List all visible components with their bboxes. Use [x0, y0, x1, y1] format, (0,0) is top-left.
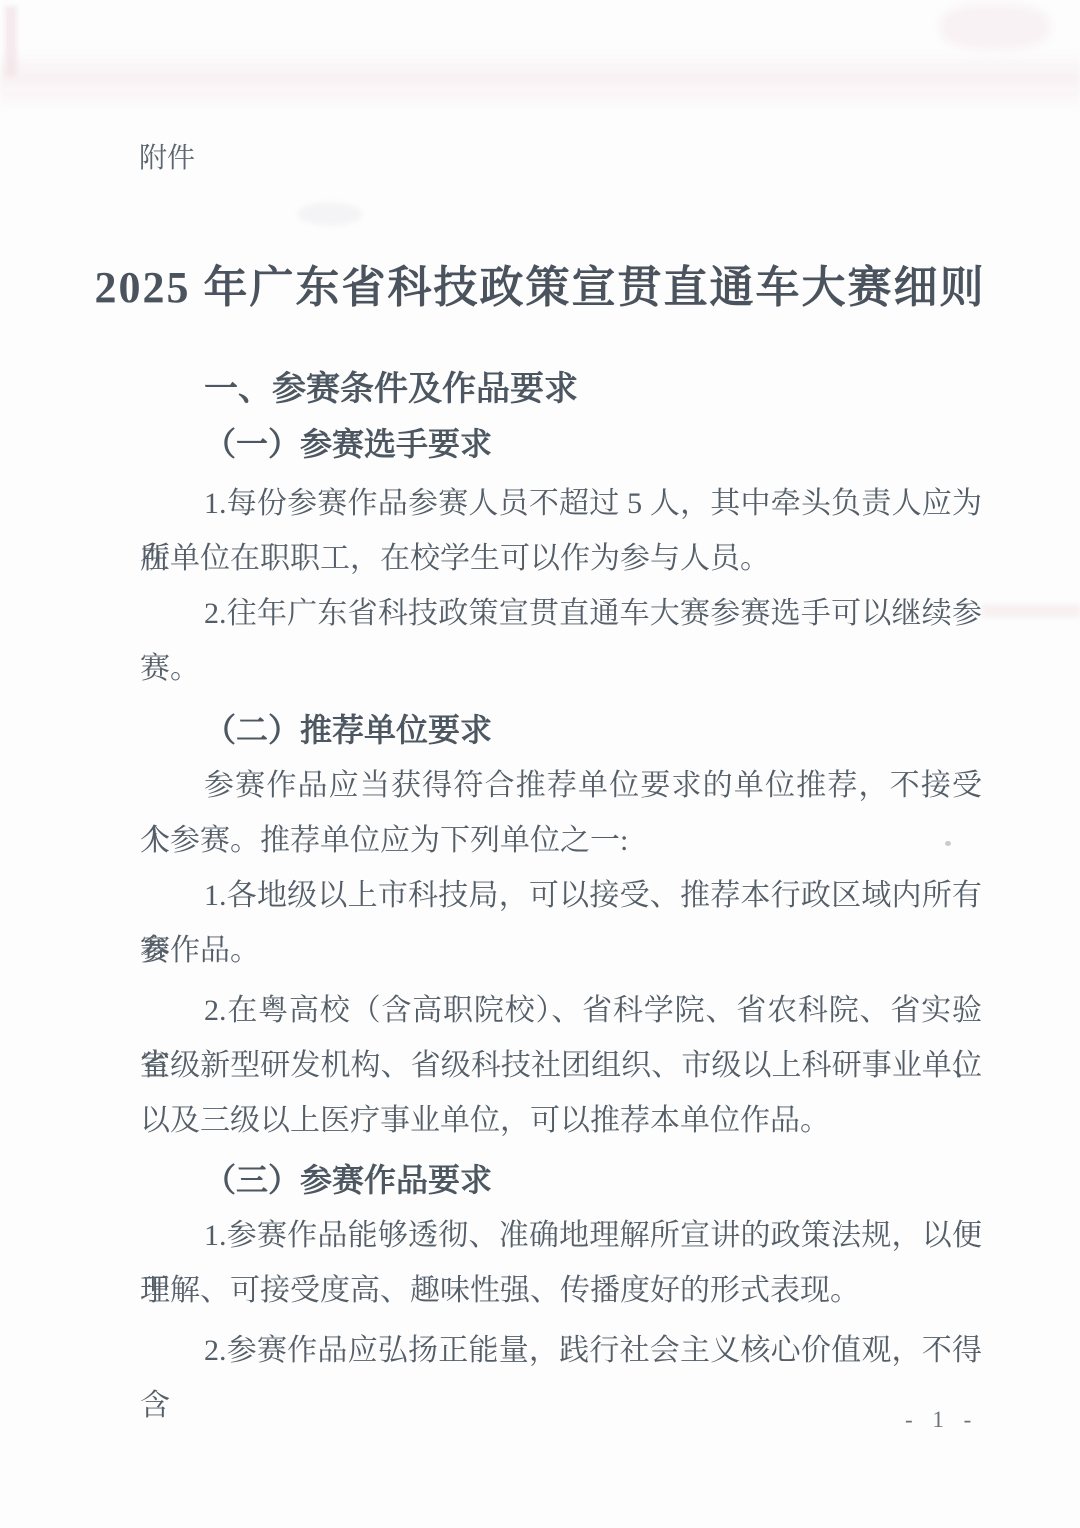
body-line: 2.在粤高校（含高职院校）、省科学院、省农科院、省实验室、	[140, 983, 982, 1038]
body-line: 赛作品。	[140, 923, 982, 978]
body-line: 人参赛。推荐单位应为下列单位之一:	[140, 813, 982, 868]
body-line: 理解、可接受度高、趣味性强、传播度好的形式表现。	[140, 1263, 982, 1318]
page-number: - 1 -	[905, 1407, 978, 1433]
subsection-heading: （二）推荐单位要求	[140, 703, 982, 758]
document-page: 附件 2025 年广东省科技政策宣贯直通车大赛细则 一、参赛条件及作品要求 （一…	[0, 0, 1080, 1528]
page-title: 2025 年广东省科技政策宣贯直通车大赛细则	[0, 251, 1080, 315]
scan-artifact-top-band	[0, 50, 1080, 112]
body-line: 参赛作品应当获得符合推荐单位要求的单位推荐，不接受个	[140, 758, 982, 813]
body-line: 以及三级以上医疗事业单位，可以推荐本单位作品。	[140, 1093, 982, 1148]
body-line: 2.参赛作品应弘扬正能量，践行社会主义核心价值观，不得含	[140, 1323, 982, 1378]
body-line: 1.各地级以上市科技局，可以接受、推荐本行政区域内所有参	[140, 868, 982, 923]
body-line: 2.往年广东省科技政策宣贯直通车大赛参赛选手可以继续参	[140, 586, 982, 641]
body-line: 赛。	[140, 641, 982, 696]
body-line: 省级新型研发机构、省级科技社团组织、市级以上科研事业单位	[140, 1038, 982, 1093]
body-line: 1.参赛作品能够透彻、准确地理解所宣讲的政策法规，以便于	[140, 1208, 982, 1263]
subsection-heading: （一）参赛选手要求	[140, 417, 982, 472]
scan-artifact-streak	[982, 604, 1080, 618]
scan-artifact-top-right	[940, 4, 1050, 50]
subsection-heading: （三）参赛作品要求	[140, 1153, 982, 1208]
scan-artifact-corner	[5, 6, 17, 76]
attachment-label: 附件	[139, 136, 195, 176]
document-body: 一、参赛条件及作品要求 （一）参赛选手要求 1.每份参赛作品参赛人员不超过 5 …	[140, 362, 982, 1378]
body-line: 在单位在职职工，在校学生可以作为参与人员。	[140, 531, 982, 586]
section-heading: 一、参赛条件及作品要求	[140, 362, 982, 417]
scan-artifact-smudge	[298, 203, 362, 225]
body-line: 1.每份参赛作品参赛人员不超过 5 人，其中牵头负责人应为所	[140, 476, 982, 531]
